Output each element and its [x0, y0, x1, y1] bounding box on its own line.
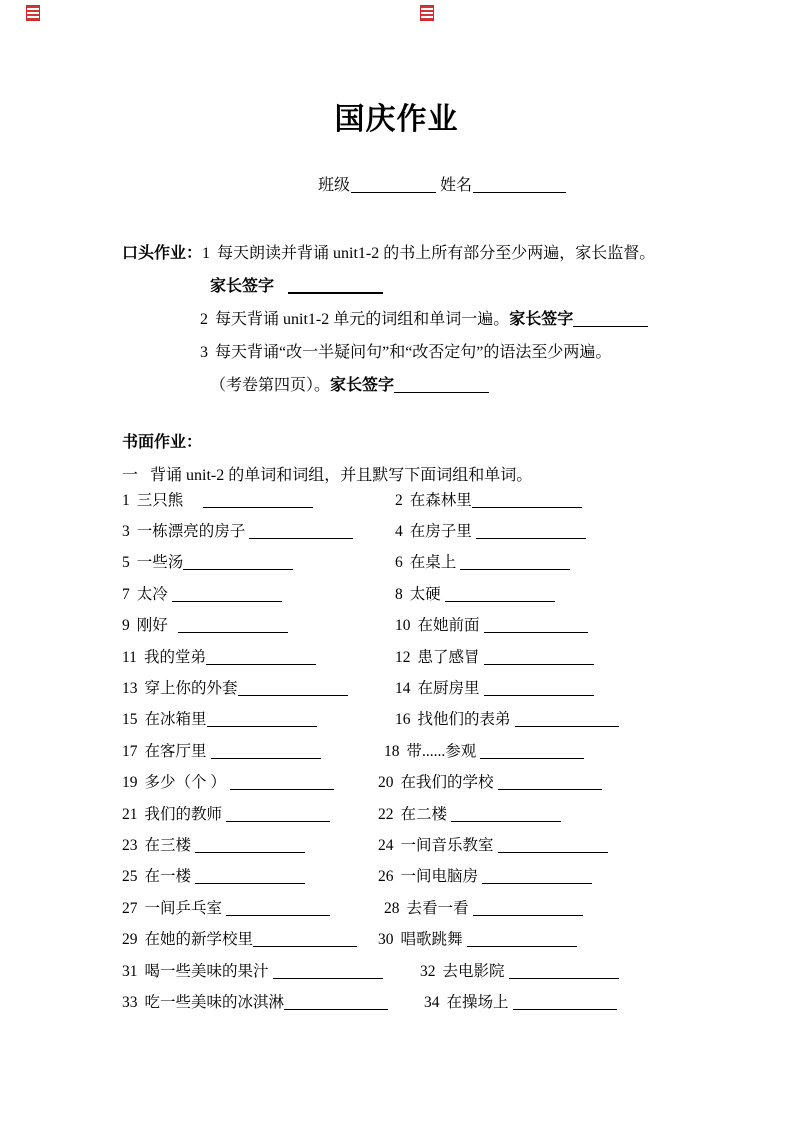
- item-number: 29: [122, 931, 138, 948]
- word-row: 25在一楼 26一间电脑房: [122, 860, 762, 891]
- word-row: 31喝一些美味的果汁 32去电影院: [122, 954, 762, 985]
- item-number: 16: [395, 711, 411, 728]
- answer-blank: [480, 745, 584, 759]
- word-row: 27一间乒乓室 28去看一看: [122, 891, 762, 922]
- answer-blank: [273, 965, 383, 979]
- answer-blank: [513, 996, 617, 1010]
- item-text: 唱歌跳舞: [401, 931, 463, 948]
- item-number: 5: [122, 554, 130, 571]
- item-text: 每天背诵“改一半疑问句”和“改否定句”的语法至少两遍。: [215, 344, 611, 361]
- word-item: 9刚好: [122, 613, 395, 635]
- word-row: 29在她的新学校里 30唱歌跳舞: [122, 922, 762, 953]
- item-number: 18: [384, 743, 400, 760]
- word-row: 23在三楼 24一间音乐教室: [122, 828, 762, 859]
- word-item: 18带......参观: [384, 739, 584, 761]
- word-item: 3一栋漂亮的房子: [122, 519, 395, 541]
- oral-homework-section: 口头作业：1每天朗读并背诵 unit1-2 的书上所有部分至少两遍，家长监督。 …: [122, 237, 682, 402]
- word-row: 3一栋漂亮的房子 4在房子里: [122, 514, 762, 545]
- answer-blank: [473, 902, 583, 916]
- answer-blank: [178, 619, 288, 633]
- watermark-stamp-icon: [26, 5, 40, 21]
- item-number: 19: [122, 774, 138, 791]
- item-text: 找他们的表弟: [418, 711, 511, 728]
- answer-blank: [195, 839, 305, 853]
- item-number: 11: [122, 649, 137, 666]
- word-item: 32去电影院: [420, 959, 619, 981]
- answer-blank: [484, 619, 588, 633]
- item-number: 14: [395, 680, 411, 697]
- item-text: （考卷第四页）。: [210, 377, 330, 394]
- item-text: 太硬: [410, 586, 441, 603]
- word-row: 9刚好 10在她前面: [122, 609, 762, 640]
- item-number: 34: [424, 994, 440, 1011]
- item-number: 21: [122, 806, 138, 823]
- item-number: 30: [378, 931, 394, 948]
- word-list: 1三只熊 2在森林里 3一栋漂亮的房子 4在房子里 5一些汤 6在桌上 7太冷 …: [122, 483, 762, 1017]
- item-text: 患了感冒: [418, 649, 480, 666]
- word-item: 19多少（个 ）: [122, 770, 378, 792]
- item-number: 10: [395, 617, 411, 634]
- item-number: 7: [122, 586, 130, 603]
- oral-item-2: 2每天背诵 unit1-2 单元的词组和单词一遍。家长签字: [200, 303, 682, 336]
- answer-blank: [211, 745, 321, 759]
- word-row: 1三只熊 2在森林里: [122, 483, 762, 514]
- item-text: 在二楼: [401, 806, 448, 823]
- item-number: 27: [122, 900, 138, 917]
- answer-blank: [484, 682, 594, 696]
- written-section-label: 书面作业：: [122, 426, 532, 459]
- answer-blank: [498, 839, 608, 853]
- word-item: 17在客厅里: [122, 739, 384, 761]
- item-number: 8: [395, 586, 403, 603]
- word-item: 14在厨房里: [395, 676, 594, 698]
- item-number: 15: [122, 711, 138, 728]
- word-row: 7太冷 8太硬: [122, 577, 762, 608]
- item-text: 一间电脑房: [401, 868, 479, 885]
- item-text: 去电影院: [443, 963, 505, 980]
- answer-blank: [183, 556, 293, 570]
- item-text: 去看一看: [407, 900, 469, 917]
- watermark-stamp-icon: [420, 5, 434, 21]
- item-number: 1: [122, 492, 130, 509]
- answer-blank: [451, 808, 561, 822]
- item-number: 13: [122, 680, 138, 697]
- item-number: 3: [122, 523, 130, 540]
- item-text: 在三楼: [145, 837, 192, 854]
- item-number: 23: [122, 837, 138, 854]
- word-row: 33吃一些美味的冰淇淋 34在操场上: [122, 985, 762, 1016]
- answer-blank: [484, 651, 594, 665]
- item-text: 多少（个 ）: [145, 774, 226, 791]
- oral-item-3: 3每天背诵“改一半疑问句”和“改否定句”的语法至少两遍。: [200, 336, 682, 369]
- answer-blank: [203, 494, 313, 508]
- answer-blank: [445, 588, 555, 602]
- item-number: 1: [202, 245, 210, 262]
- item-text: 我们的教师: [145, 806, 223, 823]
- word-item: 12患了感冒: [395, 645, 594, 667]
- item-text: 在她的新学校里: [145, 931, 254, 948]
- word-item: 33吃一些美味的冰淇淋: [122, 990, 424, 1012]
- word-item: 15在冰箱里: [122, 707, 395, 729]
- answer-blank: [249, 525, 353, 539]
- item-number: 20: [378, 774, 394, 791]
- word-item: 1三只熊: [122, 488, 395, 510]
- item-text: 在客厅里: [145, 743, 207, 760]
- answer-blank: [482, 870, 592, 884]
- answer-blank: [472, 494, 582, 508]
- word-row: 21我们的教师 22在二楼: [122, 797, 762, 828]
- word-item: 6在桌上: [395, 550, 570, 572]
- item-number: 33: [122, 994, 138, 1011]
- word-item: 34在操场上: [424, 990, 617, 1012]
- item-number: 28: [384, 900, 400, 917]
- item-text: 太冷: [137, 586, 168, 603]
- word-item: 22在二楼: [378, 802, 561, 824]
- answer-blank: [172, 588, 282, 602]
- parent-signature-label: 家长签字: [330, 377, 394, 394]
- word-item: 2在森林里: [395, 488, 582, 510]
- item-text: 在冰箱里: [145, 711, 207, 728]
- parent-signature-label: 家长签字: [509, 311, 573, 328]
- answer-blank: [206, 651, 316, 665]
- oral-item-1: 口头作业：1每天朗读并背诵 unit1-2 的书上所有部分至少两遍，家长监督。: [122, 237, 682, 270]
- oral-item-3-signature: （考卷第四页）。家长签字: [210, 369, 682, 402]
- answer-blank: [460, 556, 570, 570]
- name-blank: [473, 179, 566, 193]
- item-text: 在她前面: [418, 617, 480, 634]
- item-text: 喝一些美味的果汁: [145, 963, 269, 980]
- item-text: 刚好: [137, 617, 168, 634]
- answer-blank: [467, 933, 577, 947]
- item-text: 一栋漂亮的房子: [137, 523, 246, 540]
- item-number: 25: [122, 868, 138, 885]
- item-number: 6: [395, 554, 403, 571]
- answer-blank: [509, 965, 619, 979]
- word-item: 11我的堂弟: [122, 645, 395, 667]
- item-text: 每天背诵 unit1-2 单元的词组和单词一遍。: [215, 311, 509, 328]
- word-row: 5一些汤 6在桌上: [122, 546, 762, 577]
- signature-blank: [288, 279, 383, 294]
- instruction-text: 背诵 unit-2 的单词和词组，并且默写下面词组和单词。: [150, 467, 532, 484]
- answer-blank: [195, 870, 305, 884]
- word-item: 24一间音乐教室: [378, 833, 608, 855]
- word-item: 21我们的教师: [122, 802, 378, 824]
- item-number: 31: [122, 963, 138, 980]
- part-number: 一: [122, 467, 138, 484]
- parent-signature-label: 家长签字: [210, 278, 274, 295]
- answer-blank: [253, 933, 357, 947]
- oral-item-1-signature: 家长签字: [210, 270, 682, 303]
- answer-blank: [284, 996, 388, 1010]
- word-item: 23在三楼: [122, 833, 378, 855]
- word-item: 7太冷: [122, 582, 395, 604]
- word-item: 20在我们的学校: [378, 770, 602, 792]
- answer-blank: [230, 776, 334, 790]
- item-text: 带......参观: [407, 743, 477, 760]
- item-text: 每天朗读并背诵 unit1-2 的书上所有部分至少两遍，家长监督。: [217, 245, 655, 262]
- answer-blank: [207, 713, 317, 727]
- page-title: 国庆作业: [0, 94, 793, 138]
- word-item: 28去看一看: [384, 896, 583, 918]
- word-item: 26一间电脑房: [378, 864, 592, 886]
- item-number: 22: [378, 806, 394, 823]
- word-item: 4在房子里: [395, 519, 586, 541]
- item-text: 穿上你的外套: [145, 680, 238, 697]
- answer-blank: [515, 713, 619, 727]
- item-text: 在操场上: [447, 994, 509, 1011]
- item-text: 在桌上: [410, 554, 457, 571]
- word-item: 30唱歌跳舞: [378, 927, 577, 949]
- class-label: 班级: [318, 177, 350, 194]
- oral-section-label: 口头作业：: [122, 245, 202, 262]
- item-text: 一间音乐教室: [401, 837, 494, 854]
- item-number: 2: [200, 311, 208, 328]
- item-text: 三只熊: [137, 492, 184, 509]
- word-row: 19多少（个 ） 20在我们的学校: [122, 766, 762, 797]
- word-item: 5一些汤: [122, 550, 395, 572]
- item-text: 在森林里: [410, 492, 472, 509]
- word-row: 11我的堂弟 12患了感冒: [122, 640, 762, 671]
- item-number: 17: [122, 743, 138, 760]
- answer-blank: [498, 776, 602, 790]
- word-item: 25在一楼: [122, 864, 378, 886]
- answer-blank: [238, 682, 348, 696]
- word-item: 31喝一些美味的果汁: [122, 959, 420, 981]
- name-label: 姓名: [440, 177, 472, 194]
- word-row: 13穿上你的外套 14在厨房里: [122, 671, 762, 702]
- answer-blank: [476, 525, 586, 539]
- class-blank: [351, 179, 436, 193]
- class-name-line: 班级 姓名: [318, 172, 566, 195]
- item-number: 26: [378, 868, 394, 885]
- word-item: 27一间乒乓室: [122, 896, 384, 918]
- word-item: 8太硬: [395, 582, 555, 604]
- answer-blank: [226, 902, 330, 916]
- word-item: 10在她前面: [395, 613, 588, 635]
- document-page: 国庆作业 班级 姓名 口头作业：1每天朗读并背诵 unit1-2 的书上所有部分…: [0, 0, 793, 1122]
- item-text: 在厨房里: [418, 680, 480, 697]
- item-text: 我的堂弟: [144, 649, 206, 666]
- item-number: 12: [395, 649, 411, 666]
- item-number: 4: [395, 523, 403, 540]
- signature-blank: [394, 379, 489, 393]
- signature-blank: [573, 313, 648, 327]
- item-text: 在我们的学校: [401, 774, 494, 791]
- item-text: 在一楼: [145, 868, 192, 885]
- answer-blank: [226, 808, 330, 822]
- item-text: 一间乒乓室: [145, 900, 223, 917]
- word-item: 29在她的新学校里: [122, 927, 378, 949]
- word-item: 13穿上你的外套: [122, 676, 395, 698]
- item-number: 24: [378, 837, 394, 854]
- item-text: 一些汤: [137, 554, 184, 571]
- word-row: 17在客厅里 18带......参观: [122, 734, 762, 765]
- item-number: 2: [395, 492, 403, 509]
- item-text: 在房子里: [410, 523, 472, 540]
- item-number: 9: [122, 617, 130, 634]
- item-text: 吃一些美味的冰淇淋: [145, 994, 285, 1011]
- item-number: 3: [200, 344, 208, 361]
- item-number: 32: [420, 963, 436, 980]
- word-item: 16找他们的表弟: [395, 707, 619, 729]
- word-row: 15在冰箱里 16找他们的表弟: [122, 703, 762, 734]
